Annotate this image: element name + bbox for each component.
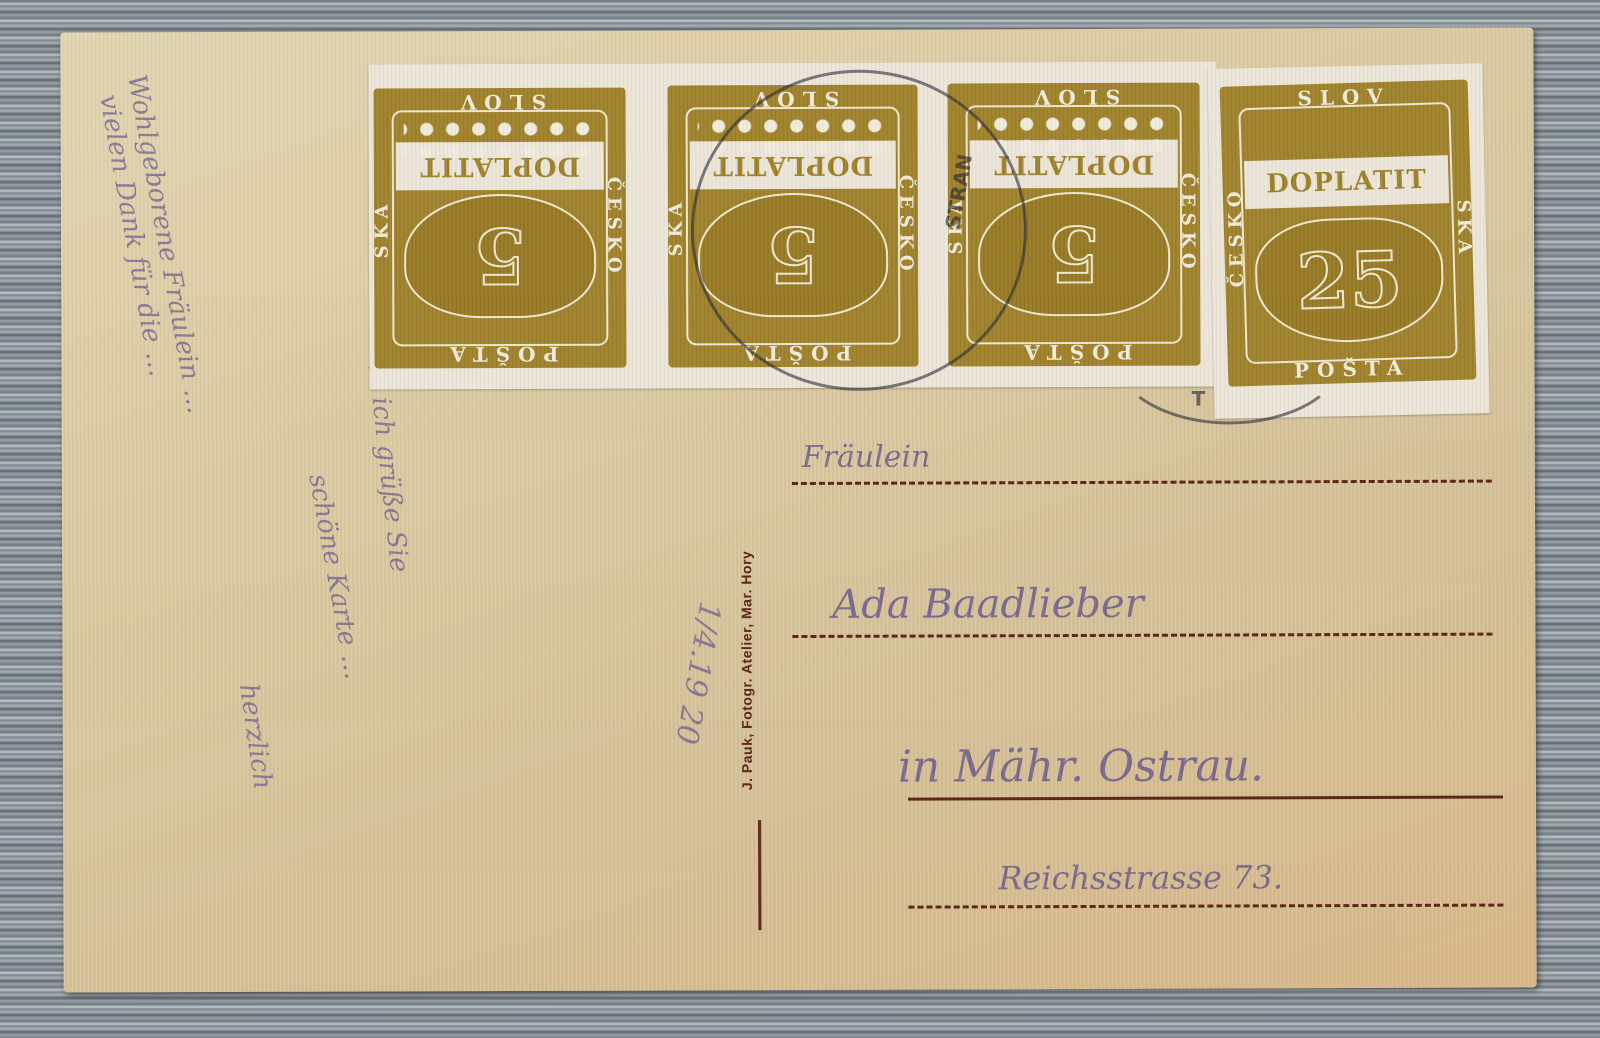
message-line: schöne Karte … <box>302 472 368 682</box>
address-rule <box>792 480 1492 485</box>
message-line: … ich grüße Sie <box>362 361 415 574</box>
address-line-3: in Mähr. Ostrau. <box>898 740 1264 792</box>
postmark-text: T <box>1192 387 1206 411</box>
message-line: herzlich <box>233 682 278 791</box>
postcard: Wohlgeborene Fräulein … vielen Dank für … <box>60 27 1536 992</box>
postmark <box>1111 278 1348 425</box>
postmark <box>690 69 1027 391</box>
postage-due-stamp: POŠTA ČESKO SKÁ 5 DOPLATIT SLOV <box>374 88 627 369</box>
address-line-2: Ada Baadlieber <box>832 581 1144 628</box>
address-rule <box>908 796 1503 801</box>
date-note: 1/4.19 20 <box>668 599 727 747</box>
address-rule <box>792 633 1492 638</box>
address-rule <box>908 904 1503 909</box>
address-divider <box>758 820 761 930</box>
address-line-4: Reichsstrasse 73. <box>998 858 1283 897</box>
stamp-value: 5 <box>1048 209 1101 298</box>
address-line-1: Fräulein <box>802 440 931 475</box>
printer-imprint: J. Pauk, Fotogr. Atelier, Mar. Hory <box>738 551 755 791</box>
stamp-value: 5 <box>474 211 527 300</box>
